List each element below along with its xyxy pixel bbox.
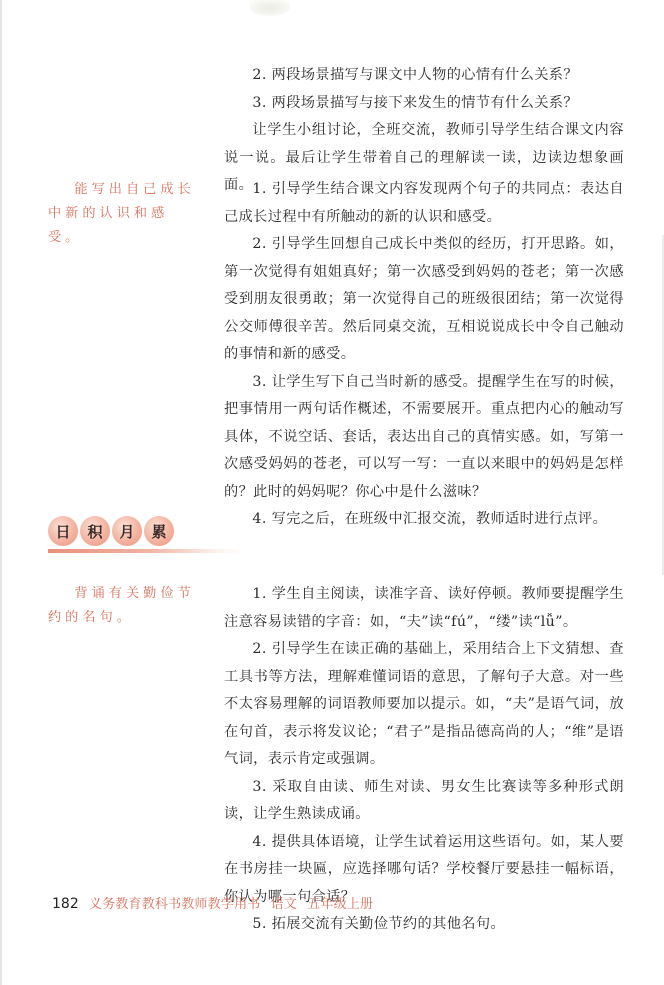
paragraph: 3. 让学生写下自己当时新的感受。提醒学生在写的时候，把事情用一两句话作概述，不… xyxy=(224,369,624,507)
section-header-daily-accumulation: 日 积 月 累 xyxy=(48,516,278,556)
paragraph: 4. 写完之后，在班级中汇报交流，教师适时进行点评。 xyxy=(224,506,624,534)
paragraph: 2. 引导学生在读正确的基础上，采用结合上下文猜想、查工具书等方法，理解难懂词语… xyxy=(224,636,624,774)
margin-note-line: 能写出自己成长 xyxy=(48,178,198,202)
paragraph: 3. 两段场景描写与接下来发生的情节有什么关系？ xyxy=(224,90,624,118)
section-underline xyxy=(48,549,248,553)
paragraph: 1. 引导学生结合课文内容发现两个句子的共同点：表达自己成长过程中有所触动的新的… xyxy=(224,176,624,231)
margin-note-line: 约的名句。 xyxy=(48,610,134,625)
paragraph: 5. 拓展交流有关勤俭节约的其他名句。 xyxy=(224,911,624,939)
section-badge: 日 xyxy=(48,516,78,546)
paragraph: 2. 两段场景描写与课文中人物的心情有什么关系？ xyxy=(224,62,624,90)
paragraph: 3. 采取自由读、师生对读、男女生比赛读等多种形式朗读，让学生熟读成诵。 xyxy=(224,774,624,829)
page-number: 182 xyxy=(52,896,79,912)
page-edge xyxy=(0,0,2,985)
growth-instructions: 1. 引导学生结合课文内容发现两个句子的共同点：表达自己成长过程中有所触动的新的… xyxy=(224,176,624,534)
paragraph: 1. 学生自主阅读，读准字音、读好停顿。教师要提醒学生注意容易读错的字音：如，“… xyxy=(224,581,624,636)
margin-note-line: 背诵有关勤俭节 xyxy=(48,582,198,606)
grade: 五年级上册 xyxy=(307,897,373,912)
subject: 语文 xyxy=(271,897,297,912)
page-footer: 182 义务教育教科书教师教学用书 语文 五年级上册 xyxy=(52,893,373,912)
paragraph: 2. 引导学生回想自己成长中类似的经历，打开思路。如，第一次觉得有姐姐真好；第一… xyxy=(224,231,624,369)
section-badge: 积 xyxy=(80,516,110,546)
section-badge: 累 xyxy=(144,516,174,546)
margin-note-line: 中新的认识和感受。 xyxy=(48,206,168,245)
margin-note-goal: 背诵有关勤俭节 约的名句。 xyxy=(48,582,198,630)
book-title: 义务教育教科书教师教学用书 xyxy=(89,897,261,912)
margin-note-goal: 能写出自己成长 中新的认识和感受。 xyxy=(48,178,198,250)
scan-smudge xyxy=(250,0,290,16)
accumulation-instructions: 1. 学生自主阅读，读准字音、读好停顿。教师要提醒学生注意容易读错的字音：如，“… xyxy=(224,581,624,939)
section-badge: 月 xyxy=(112,516,142,546)
